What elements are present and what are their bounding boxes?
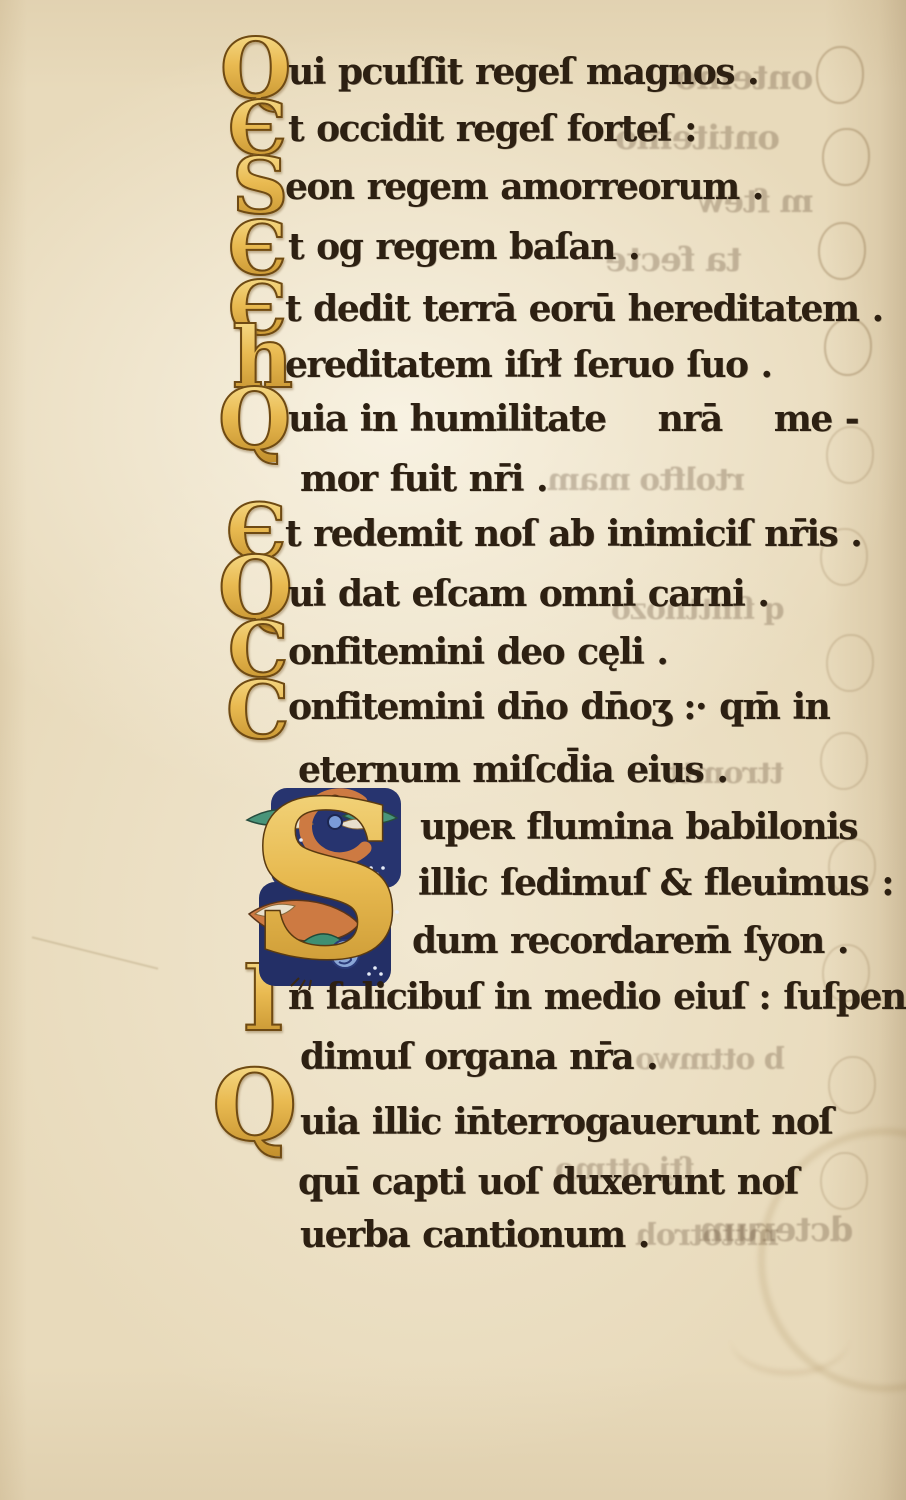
parchment-stain-arc: [730, 1300, 850, 1376]
text-line: uia in humilitate nrā me -: [288, 394, 858, 446]
text-line: mor fuit nr̄i .: [300, 454, 547, 506]
text-line: t dedit terrā eorū hereditatem .: [285, 284, 883, 336]
gold-initial-q: Q: [218, 378, 291, 462]
gold-initial-c: C: [226, 670, 290, 750]
text-line: illic ſedimuſ & fleuimus :: [418, 858, 893, 910]
text-line: dimuſ organa nr̄a .: [300, 1032, 657, 1084]
text-line: upeʀ flumina babilonis: [420, 802, 857, 854]
text-line: ui dat eſcam omni carni .: [288, 569, 768, 621]
text-line: t redemit noſ ab inimiciſ nr̄is .: [285, 509, 861, 561]
text-line: ui pcuſſit regeſ magnos .: [288, 47, 758, 99]
illuminated-initial-s: S: [243, 782, 415, 994]
text-line: t occidit regeſ forteſ :: [288, 104, 696, 156]
showthrough-initial-ring: [822, 128, 870, 186]
text-line: eternum miſcd̄ia eius .: [298, 745, 727, 797]
text-line: quī capti uoſ duxerunt noſ: [298, 1157, 798, 1209]
parchment-crease: [32, 936, 159, 969]
text-line: onfitemini deo cęli .: [288, 627, 667, 679]
text-line: onfitemini dn̄o dn̄oʒ :· qm̄ in: [288, 682, 829, 734]
text-line: uerba cantionum .: [300, 1210, 649, 1262]
showthrough-initial-ring: [826, 634, 874, 692]
showthrough-text: rtolfto mam: [548, 462, 745, 498]
showthrough-text: b ottmwo: [636, 1042, 785, 1077]
text-line: n ſalicibuſ in medio eiuſ : ſuſpen -: [288, 972, 906, 1024]
gold-initial-q: Q: [212, 1058, 297, 1156]
showthrough-initial-ring: [820, 732, 868, 790]
text-line: t og regem baſan .: [288, 222, 639, 274]
drop-cap-letter: S: [249, 782, 404, 994]
text-line: dum recordarem̄ ſyon .: [412, 916, 848, 968]
showthrough-initial-ring: [818, 222, 866, 280]
manuscript-page: ontemo ontitemo m ſtew ta fecte rtolfto …: [0, 0, 906, 1500]
text-line: ereditatem iſrł ſeruo ſuo .: [285, 340, 772, 392]
showthrough-initial-ring: [816, 46, 864, 104]
text-line: eon regem amorreorum .: [285, 162, 763, 214]
text-line: uia illic in̄terrogauerunt noſ: [300, 1097, 832, 1149]
showthrough-initial-ring: [828, 1056, 876, 1114]
